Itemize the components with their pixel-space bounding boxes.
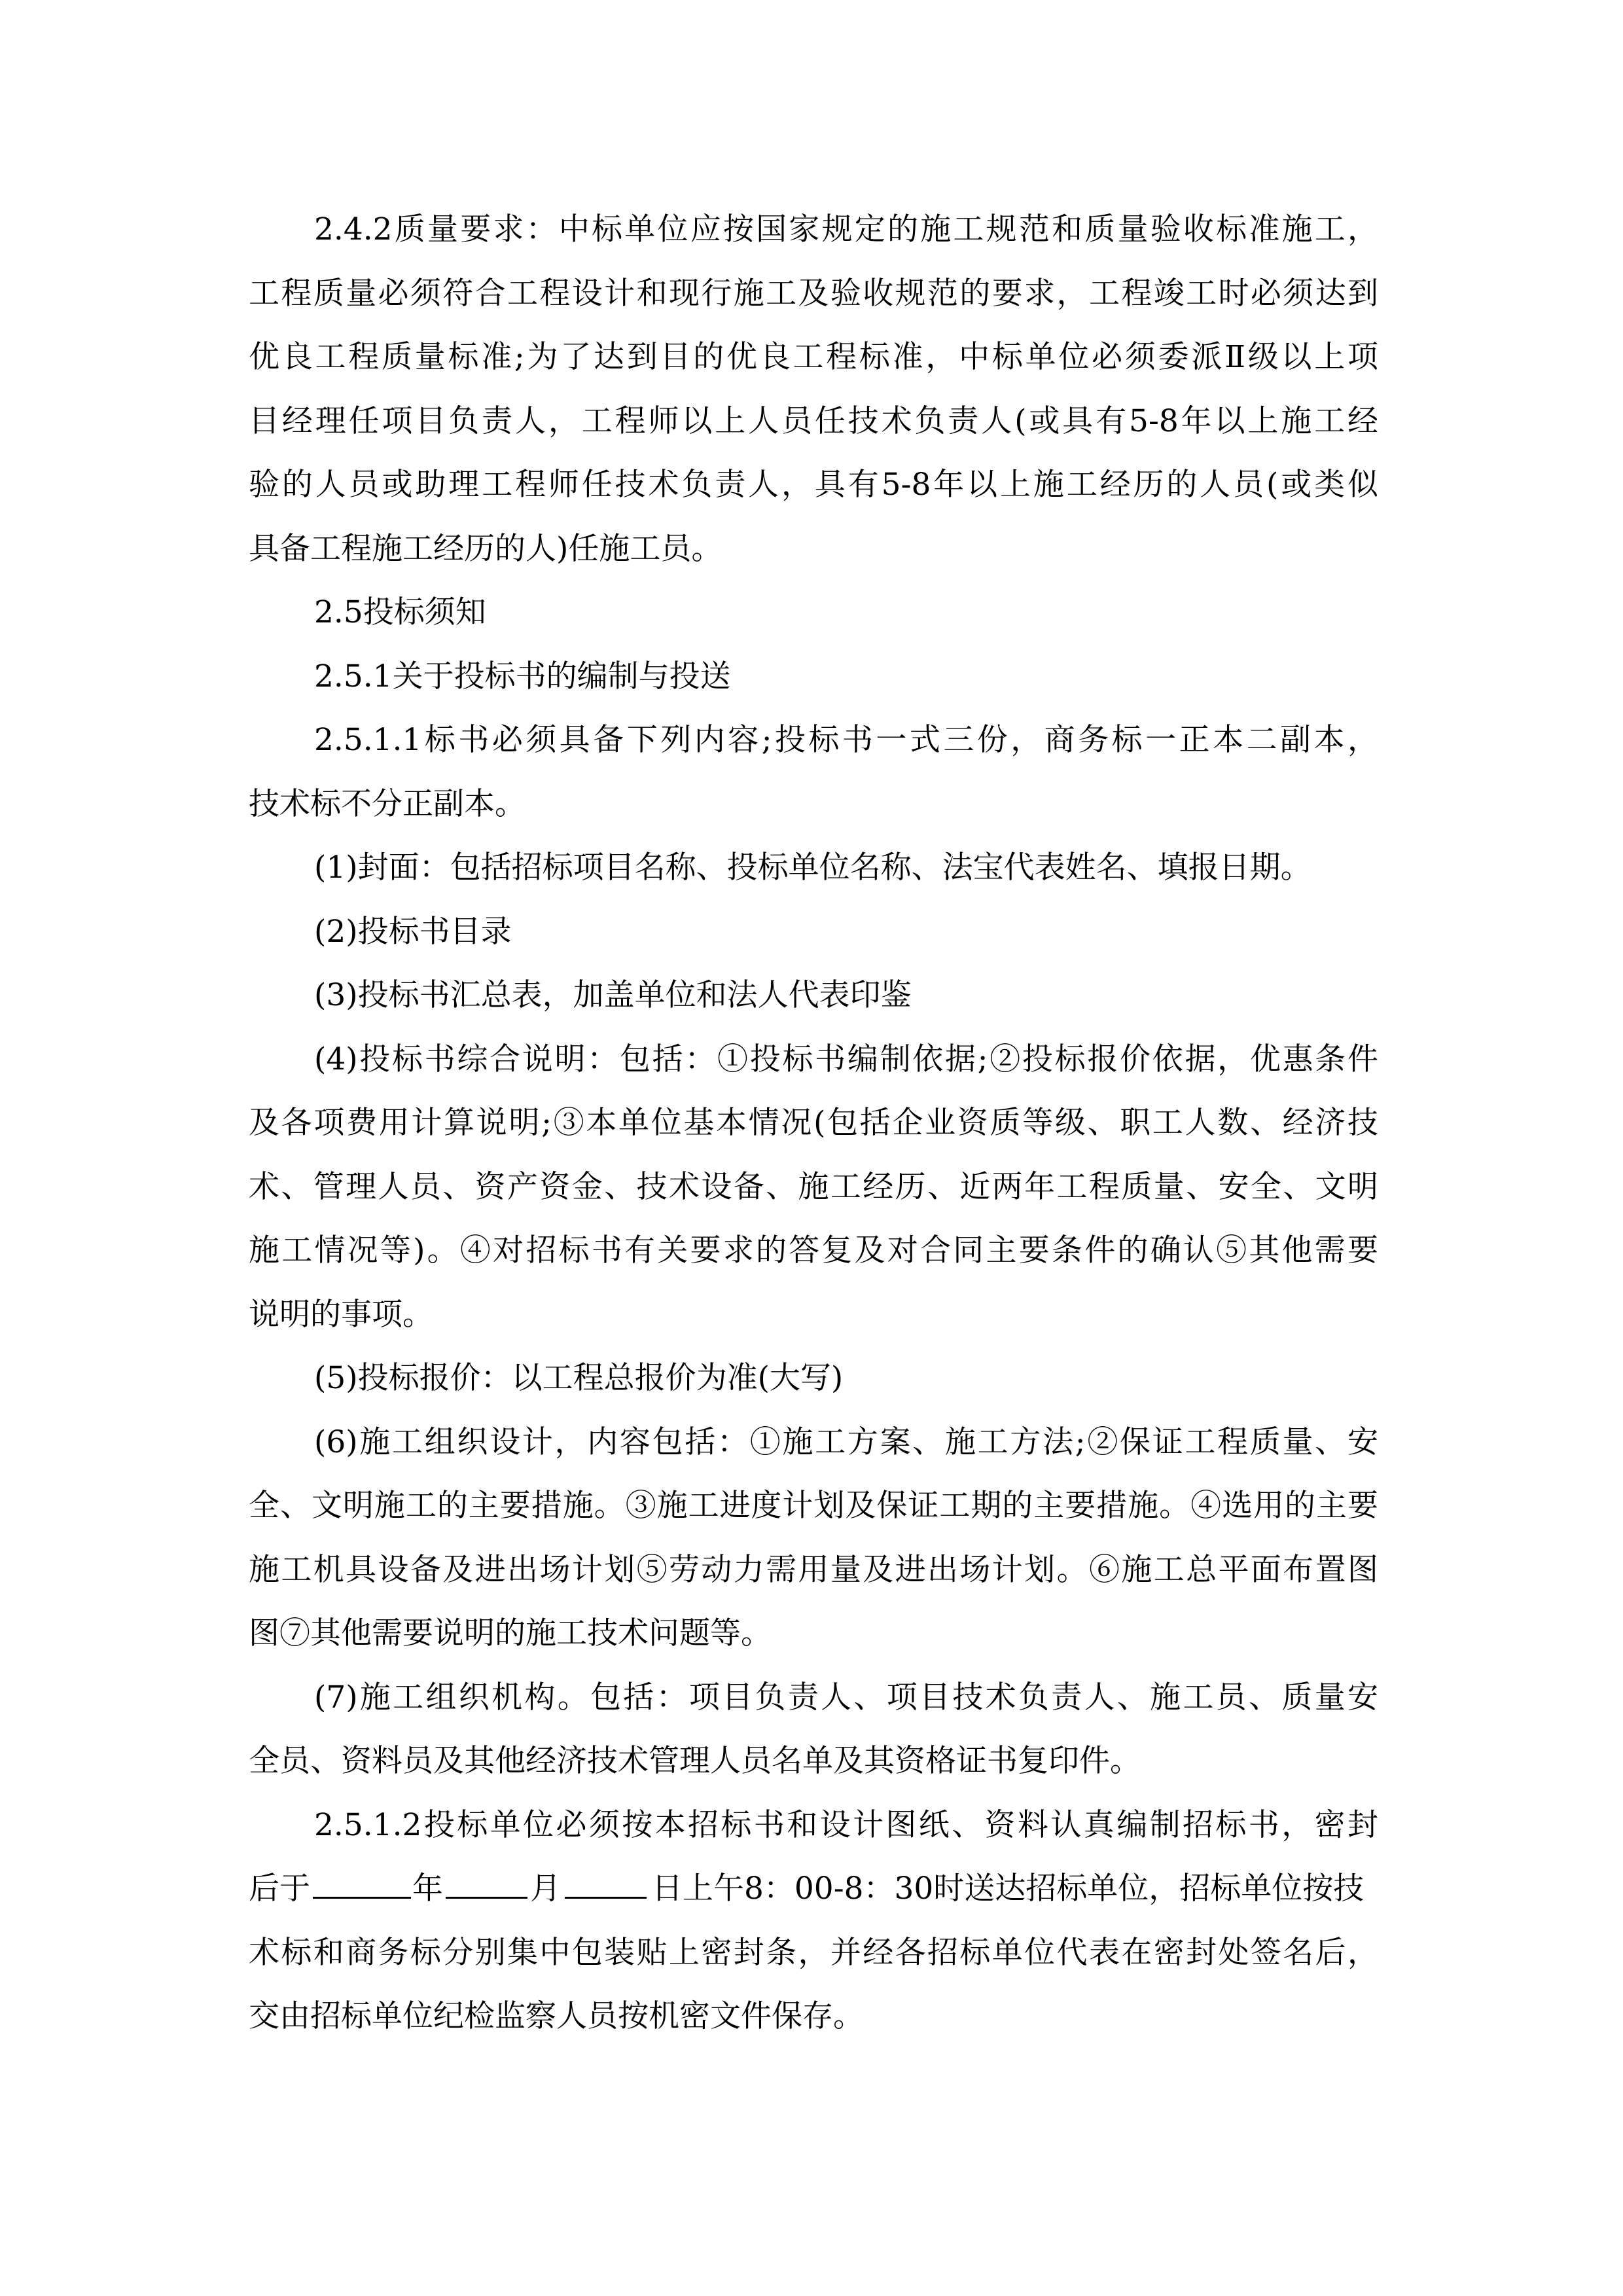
list-item-4-line-4: 施工情况等)。④对招标书有关要求的答复及对合同主要条件的确认⑤其他需要 — [249, 1219, 1378, 1283]
paragraph-2-5-1-1-line-2: 技术标不分正副本。 — [249, 772, 1378, 836]
year-label: 年 — [412, 1871, 443, 1907]
day-blank-field[interactable] — [565, 1871, 647, 1899]
list-item-4-line-2: 及各项费用计算说明;③本单位基本情况(包括企业资质等级、职工人数、经济技 — [249, 1091, 1378, 1155]
list-item-2: (2)投标书目录 — [249, 900, 1378, 964]
paragraph-2-5-1-2-line-2: 后于年月日上午8：00-8：30时送达招标单位，招标单位按技 — [249, 1857, 1378, 1921]
list-item-4-line-3: 术、管理人员、资产资金、技术设备、施工经历、近两年工程质量、安全、文明 — [249, 1155, 1378, 1219]
list-item-6-line-1: (6)施工组织设计，内容包括：①施工方案、施工方法;②保证工程质量、安 — [249, 1410, 1378, 1475]
paragraph-2-4-2-line-2: 工程质量必须符合工程设计和现行施工及验收规范的要求，工程竣工时必须达到 — [249, 262, 1378, 326]
year-blank-field[interactable] — [313, 1871, 411, 1899]
paragraph-2-5-1-2-line-1: 2.5.1.2投标单位必须按本招标书和设计图纸、资料认真编制招标书，密封 — [249, 1793, 1378, 1857]
heading-2-5: 2.5投标须知 — [249, 581, 1378, 645]
list-item-7-line-2: 全员、资料员及其他经济技术管理人员名单及其资格证书复印件。 — [249, 1729, 1378, 1793]
paragraph-2-5-1-2-line-4: 交由招标单位纪检监察人员按机密文件保存。 — [249, 1984, 1378, 2049]
list-item-3: (3)投标书汇总表，加盖单位和法人代表印鉴 — [249, 963, 1378, 1028]
list-item-1: (1)封面：包括招标项目名称、投标单位名称、法宝代表姓名、填报日期。 — [249, 836, 1378, 900]
paragraph-2-4-2-line-1: 2.4.2质量要求：中标单位应按国家规定的施工规范和质量验收标准施工， — [249, 198, 1378, 262]
text-after-day: 日上午8：00-8：30时送达招标单位，招标单位按技 — [652, 1871, 1364, 1907]
list-item-4-line-1: (4)投标书综合说明：包括：①投标书编制依据;②投标报价依据，优惠条件 — [249, 1028, 1378, 1092]
document-page: 2.4.2质量要求：中标单位应按国家规定的施工规范和质量验收标准施工， 工程质量… — [0, 0, 1623, 2296]
list-item-6-line-3: 施工机具设备及进出场计划⑤劳动力需用量及进出场计划。⑥施工总平面布置图 — [249, 1538, 1378, 1602]
paragraph-2-4-2-line-3: 优良工程质量标准;为了达到目的优良工程标准，中标单位必须委派Ⅱ级以上项 — [249, 325, 1378, 389]
list-item-4-line-5: 说明的事项。 — [249, 1283, 1378, 1347]
list-item-6-line-4: 图⑦其他需要说明的施工技术问题等。 — [249, 1602, 1378, 1666]
list-item-6-line-2: 全、文明施工的主要措施。③施工进度计划及保证工期的主要措施。④选用的主要 — [249, 1474, 1378, 1538]
text-before-year: 后于 — [249, 1871, 310, 1907]
list-item-5: (5)投标报价：以工程总报价为准(大写) — [249, 1346, 1378, 1410]
month-blank-field[interactable] — [446, 1871, 527, 1899]
heading-2-5-1: 2.5.1关于投标书的编制与投送 — [249, 645, 1378, 709]
body-text: 2.4.2质量要求：中标单位应按国家规定的施工规范和质量验收标准施工， 工程质量… — [249, 198, 1378, 2049]
paragraph-2-4-2-line-5: 验的人员或助理工程师任技术负责人，具有5-8年以上施工经历的人员(或类似 — [249, 453, 1378, 517]
month-label: 月 — [530, 1871, 561, 1907]
list-item-7-line-1: (7)施工组织机构。包括：项目负责人、项目技术负责人、施工员、质量安 — [249, 1666, 1378, 1730]
paragraph-2-4-2-line-6: 具备工程施工经历的人)任施工员。 — [249, 517, 1378, 581]
paragraph-2-5-1-2-line-3: 术标和商务标分别集中包装贴上密封条，并经各招标单位代表在密封处签名后， — [249, 1921, 1378, 1985]
paragraph-2-4-2-line-4: 目经理任项目负责人，工程师以上人员任技术负责人(或具有5-8年以上施工经 — [249, 389, 1378, 454]
paragraph-2-5-1-1-line-1: 2.5.1.1标书必须具备下列内容;投标书一式三份，商务标一正本二副本， — [249, 708, 1378, 772]
